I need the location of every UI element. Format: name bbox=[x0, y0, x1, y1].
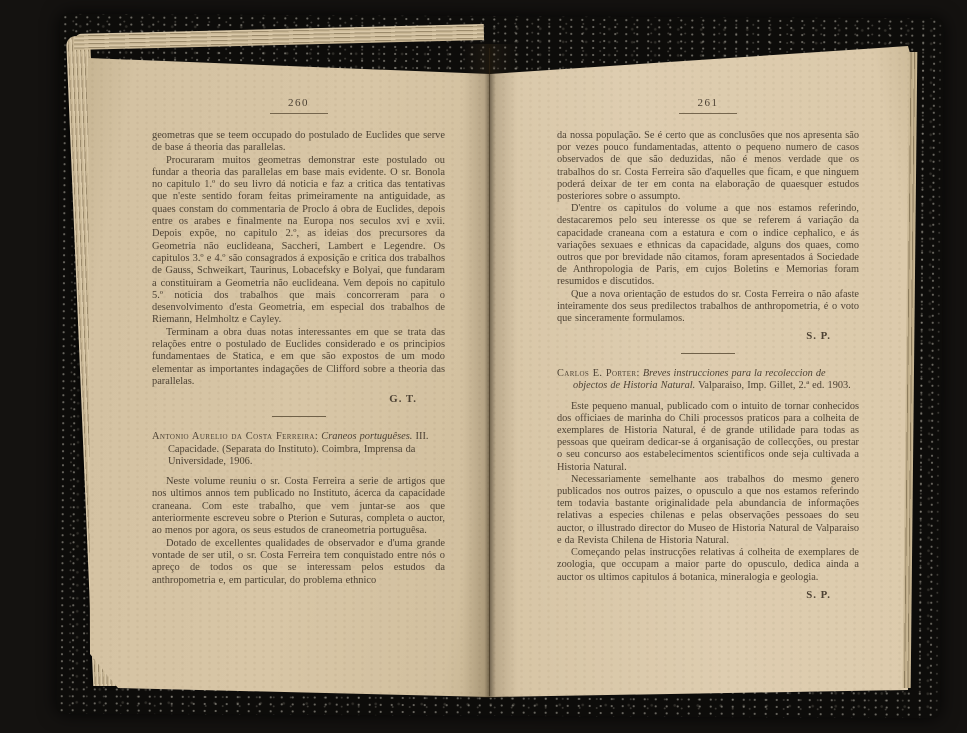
paragraph: D'entre os capitulos do volume a que nos… bbox=[557, 203, 859, 288]
entry-author: Carlos E. Porter: bbox=[557, 368, 640, 379]
bibliography-entry-heading: Carlos E. Porter: Breves instrucciones p… bbox=[557, 368, 859, 392]
gutter-crease bbox=[489, 48, 490, 696]
reviewer-initials: S. P. bbox=[557, 589, 859, 601]
paragraph: Que a nova orientação de estudos do sr. … bbox=[557, 289, 859, 326]
entry-details: Valparaiso, Imp. Gillet, 2.ª ed. 1903. bbox=[698, 380, 851, 391]
left-page-content: 260 geometras que se teem occupado do po… bbox=[152, 97, 445, 587]
book-photo: 260 geometras que se teem occupado do po… bbox=[0, 0, 967, 733]
left-page-number: 260 bbox=[152, 97, 445, 109]
right-page-content: 261 da nossa população. Se é certo que a… bbox=[557, 97, 859, 601]
reviewer-initials: G. T. bbox=[152, 393, 445, 405]
left-page-number-rule bbox=[270, 113, 328, 114]
paragraph-continuation: da nossa população. Se é certo que as co… bbox=[557, 130, 859, 203]
section-separator-rule bbox=[272, 416, 326, 417]
entry-author: Antonio Aurelio da Costa Ferreira: bbox=[152, 431, 318, 442]
right-page-number-rule bbox=[679, 113, 737, 114]
paragraph: Procuraram muitos geometras demonstrar e… bbox=[152, 155, 445, 327]
paragraph: Dotado de excellentes qualidades de obse… bbox=[152, 538, 445, 587]
bibliography-entry-heading: Antonio Aurelio da Costa Ferreira: Crane… bbox=[152, 431, 445, 468]
paragraph: Terminam a obra duas notas interessantes… bbox=[152, 327, 445, 388]
reviewer-initials: S. P. bbox=[557, 330, 859, 342]
paragraph-continuation: geometras que se teem occupado do postul… bbox=[152, 130, 445, 155]
paragraph: Necessariamente semelhante aos trabalhos… bbox=[557, 474, 859, 547]
section-separator-rule bbox=[681, 353, 735, 354]
entry-title: Craneos portuguêses. bbox=[321, 431, 412, 442]
paragraph: Neste volume reuniu o sr. Costa Ferreira… bbox=[152, 476, 445, 537]
paragraph: Este pequeno manual, publicado com o int… bbox=[557, 401, 859, 474]
paragraph: Começando pelas instrucções relativas á … bbox=[557, 547, 859, 584]
right-page-number: 261 bbox=[557, 97, 859, 109]
